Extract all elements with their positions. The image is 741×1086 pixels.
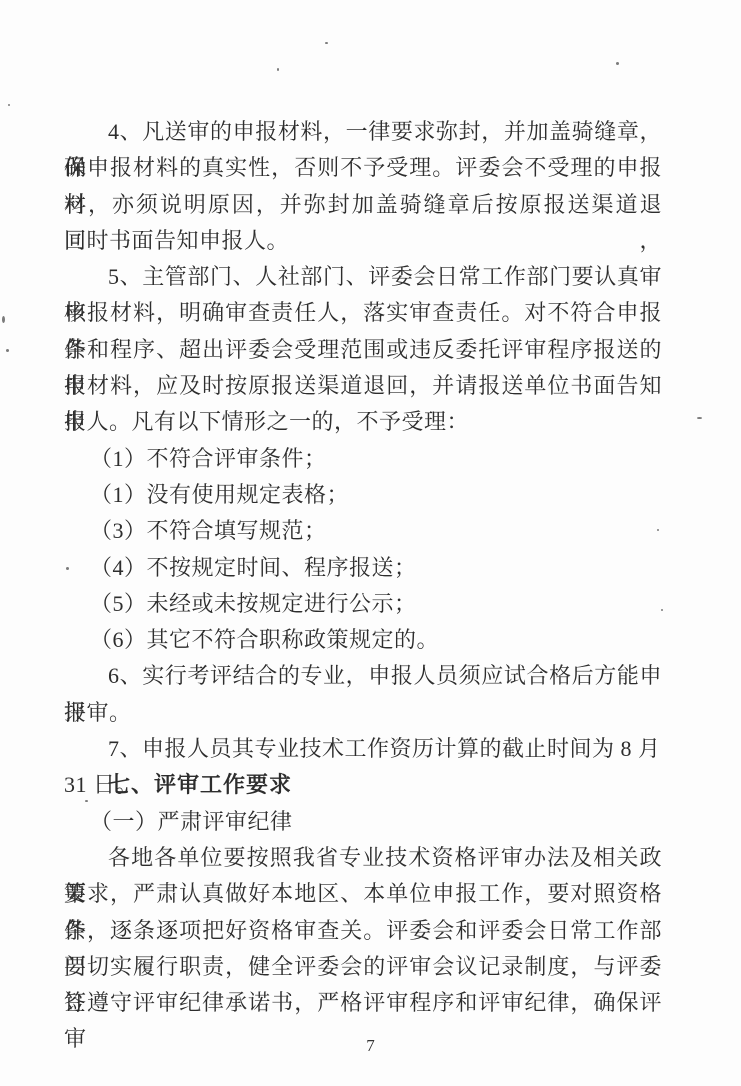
page-number: 7 — [0, 1036, 741, 1056]
text-line: （5）未经或未按规定进行公示； — [64, 586, 662, 622]
scan-speck — [6, 349, 9, 352]
text-line: 报材料，应及时按原报送渠道退回，并请报送单位书面告知申 — [64, 368, 662, 404]
text-line: 6、实行考评结合的专业，申报人员须应试合格后方能申报 — [64, 658, 662, 694]
scan-speck — [2, 316, 5, 323]
text-line: 件和程序、超出评委会受理范围或违反委托评审程序报送的申 — [64, 332, 662, 368]
text-line: （6）其它不符合职称政策规定的。 — [64, 622, 662, 658]
scan-speck — [697, 417, 702, 419]
text-line: 5、主管部门、人社部门、评委会日常工作部门要认真审核 — [64, 259, 662, 295]
text-line: 评审。 — [64, 695, 662, 731]
scan-speck — [325, 42, 328, 44]
scan-speck — [277, 68, 279, 71]
text-line: 订遵守评审纪律承诺书，严格评审程序和评审纪律，确保评审 — [64, 985, 662, 1021]
text-line: （3）不符合填写规范； — [64, 513, 662, 549]
text-line: 报人。凡有以下情形之一的，不予受理： — [64, 404, 662, 440]
text-line: 4、凡送审的申报材料，一律要求弥封，并加盖骑缝章，确 — [64, 114, 662, 150]
text-line: 件，逐条逐项把好资格审查关。评委会和评委会日常工作部门 — [64, 913, 662, 949]
document-body: 4、凡送审的申报材料，一律要求弥封，并加盖骑缝章，确保申报材料的真实性，否则不予… — [64, 114, 662, 1021]
text-line: 各地各单位要按照我省专业技术资格评审办法及相关政策 — [64, 840, 662, 876]
scan-speck — [661, 609, 663, 611]
scan-speck — [657, 529, 659, 531]
text-line: 要求，严肃认真做好本地区、本单位申报工作，要对照资格条 — [64, 876, 662, 912]
scan-speck — [8, 104, 10, 106]
text-line: （一）严肃评审纪律 — [64, 804, 662, 840]
text-line: （1）不符合评审条件； — [64, 441, 662, 477]
scan-speck — [616, 62, 619, 65]
text-line: 保申报材料的真实性，否则不予受理。评委会不受理的申报材 — [64, 150, 662, 186]
scan-speck — [66, 567, 69, 570]
scan-speck — [85, 800, 88, 802]
document-page: 4、凡送审的申报材料，一律要求弥封，并加盖骑缝章，确保申报材料的真实性，否则不予… — [0, 0, 741, 1086]
text-line: 7、申报人员其专业技术工作资历计算的截止时间为 8 月 31 日。 — [64, 731, 662, 767]
text-line: 料，亦须说明原因，并弥封加盖骑缝章后按原报送渠道退回， — [64, 187, 662, 223]
text-line: 申报材料，明确审查责任人，落实审查责任。对不符合申报条 — [64, 295, 662, 331]
text-line: （4）不按规定时间、程序报送； — [64, 550, 662, 586]
section-heading-line: 七、评审工作要求 — [64, 767, 662, 803]
text-line: （1）没有使用规定表格； — [64, 477, 662, 513]
text-line: 要切实履行职责，健全评委会的评审会议记录制度，与评委签 — [64, 949, 662, 985]
